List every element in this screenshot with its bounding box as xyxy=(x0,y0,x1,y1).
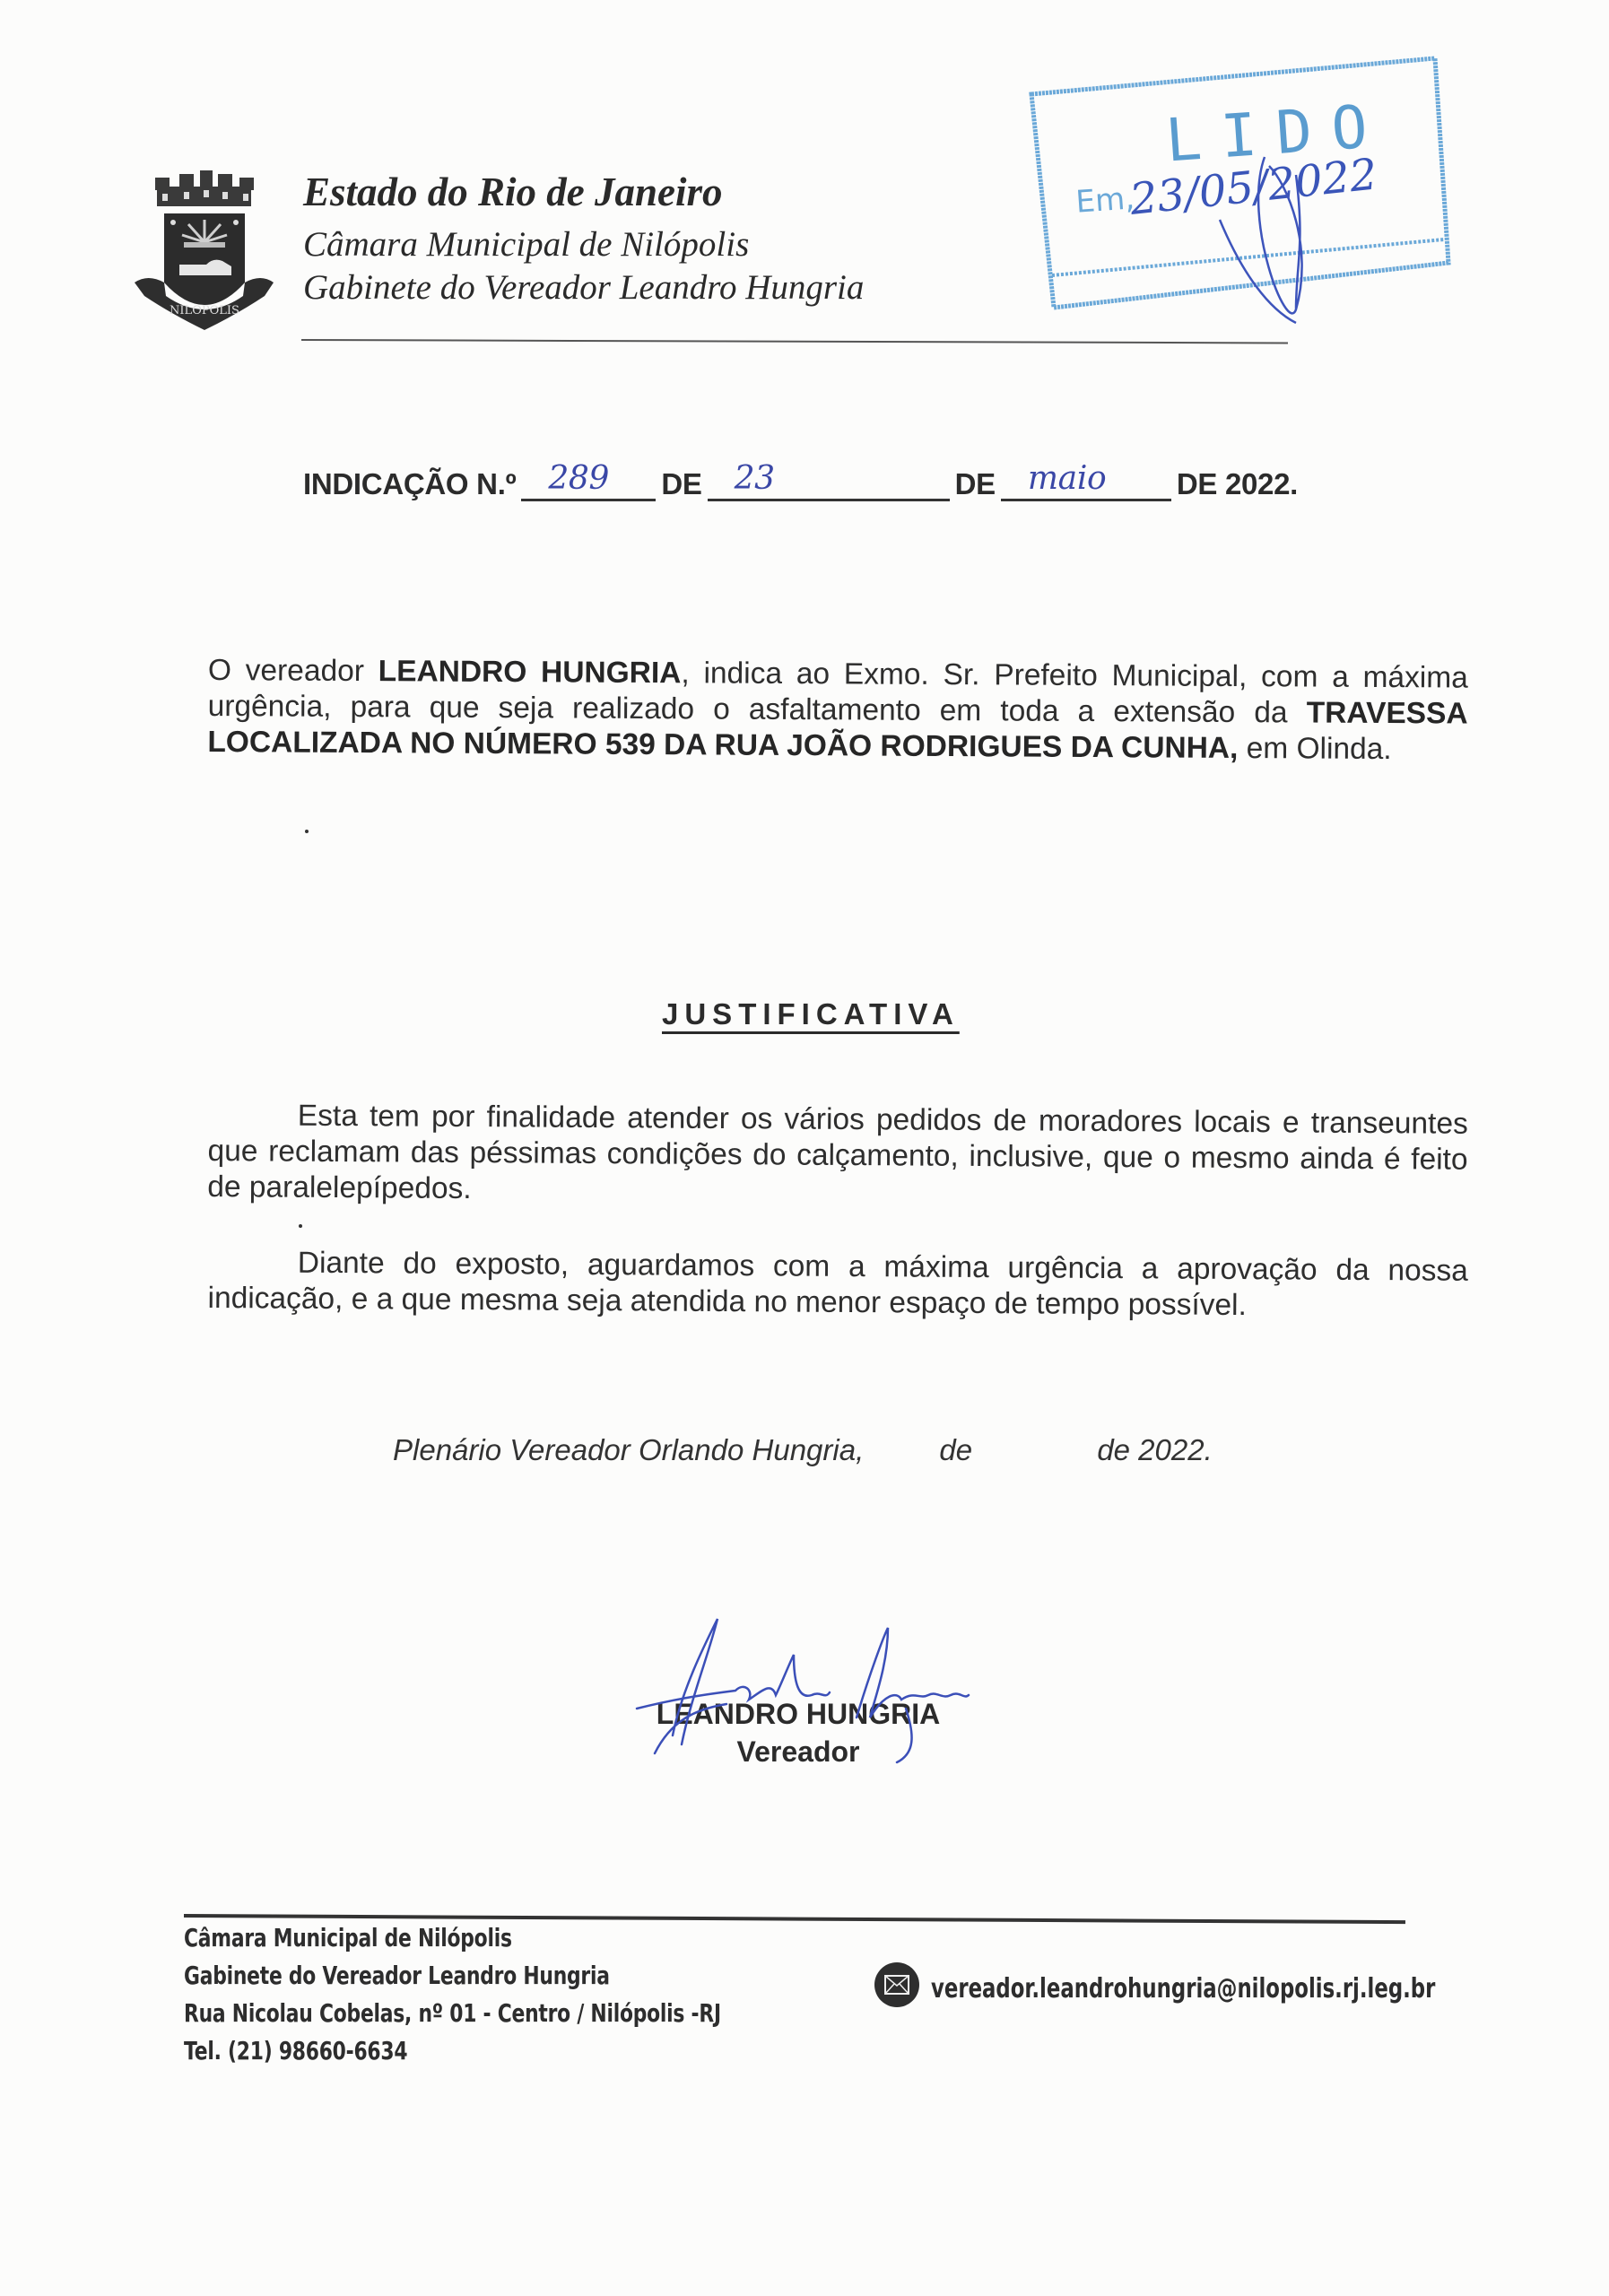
footer-office: Gabinete do Vereador Leandro Hungria xyxy=(184,1961,610,1990)
header-office: Gabinete do Vereador Leandro Hungria xyxy=(303,267,864,308)
indicacao-de-label-2: DE xyxy=(955,467,996,501)
councilor-name: LEANDRO HUNGRIA xyxy=(378,655,682,690)
indicacao-number: 289 xyxy=(548,460,609,497)
footer-chamber: Câmara Municipal de Nilópolis xyxy=(184,1923,512,1952)
indicacao-de-label: DE xyxy=(661,467,701,501)
indicacao-label: INDICAÇÃO N.º xyxy=(303,467,516,501)
justificativa-paragraph-2: Diante do exposto, aguardamos com a máxi… xyxy=(207,1245,1468,1326)
justificativa-heading: JUSTIFICATIVA xyxy=(662,997,960,1031)
indicacao-month-field: maio xyxy=(1001,465,1171,501)
envelope-icon xyxy=(874,1962,919,2007)
indicacao-day: 23 xyxy=(735,460,775,497)
coat-of-arms-logo: NILOPOLIS xyxy=(130,170,278,332)
justificativa-paragraph-1: Esta tem por finalidade atender os vário… xyxy=(207,1098,1468,1214)
header-state: Estado do Rio de Janeiro xyxy=(303,169,723,215)
closing-year: de 2022. xyxy=(1097,1433,1212,1467)
indicacao-month: maio xyxy=(1028,460,1107,497)
indicacao-year: DE 2022. xyxy=(1177,467,1298,501)
stray-mark xyxy=(305,830,309,833)
svg-text:NILOPOLIS: NILOPOLIS xyxy=(170,304,239,317)
closing-de: de xyxy=(939,1433,972,1467)
indicacao-day-field: 23 xyxy=(708,465,950,501)
header-divider xyxy=(301,339,1288,344)
closing-place: Plenário Vereador Orlando Hungria, xyxy=(393,1433,864,1467)
indicacao-number-field: 289 xyxy=(521,465,656,501)
footer-phone: Tel. (21) 98660-6634 xyxy=(184,2036,407,2066)
indication-paragraph: O vereador LEANDRO HUNGRIA, indica ao Ex… xyxy=(207,653,1468,769)
header-chamber: Câmara Municipal de Nilópolis xyxy=(303,224,749,265)
footer-address: Rua Nicolau Cobelas, nº 01 - Centro / Ni… xyxy=(184,1998,721,2028)
received-stamp: LIDO Em, 23/05/2022 xyxy=(1027,40,1484,336)
stray-mark xyxy=(299,1224,302,1228)
indicacao-line: INDICAÇÃO N.º 289 DE 23 DE maio DE 2022. xyxy=(303,465,1298,501)
svg-text:Em,: Em, xyxy=(1074,180,1135,220)
footer-email[interactable]: vereador.leandrohungria@nilopolis.rj.leg… xyxy=(931,1973,1435,2005)
handwritten-signature xyxy=(619,1610,978,1771)
closing-line: Plenário Vereador Orlando Hungria, de de… xyxy=(393,1433,1213,1467)
